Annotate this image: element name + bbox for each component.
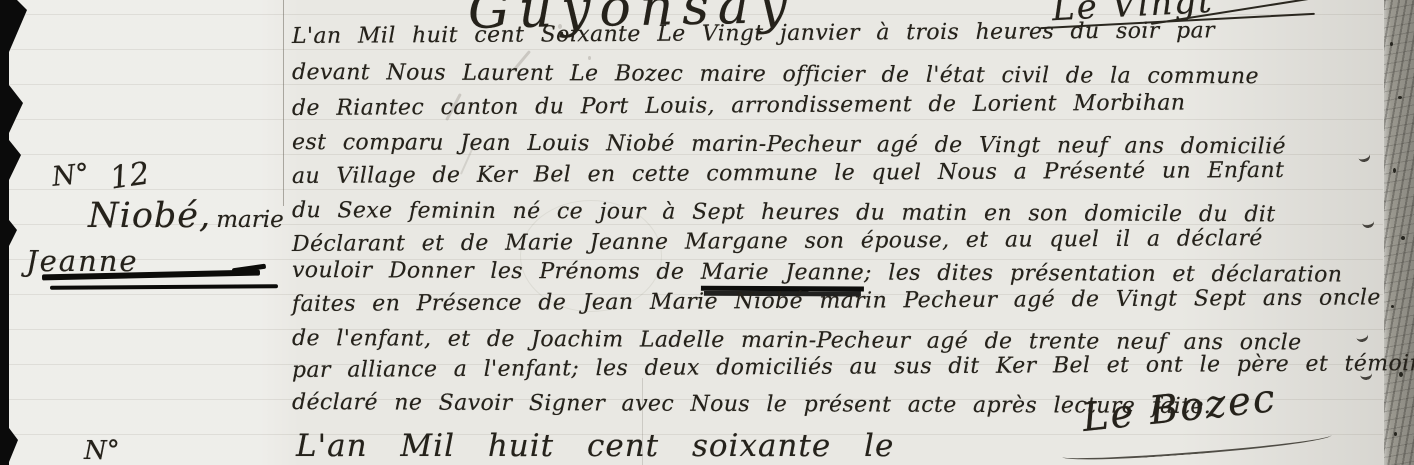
body-line8-prefix: vouloir Donner les Prénoms de [292,258,701,285]
next-act-number-label: N° [84,436,120,465]
act-body-line: faites en Présence de Jean Marie Niobé m… [292,285,1381,317]
next-act-opening-line: L'an Mil huit cent soixante le [296,428,894,464]
binding-speck [1393,168,1396,173]
cut-stroke-fragment [1356,148,1371,163]
binding-speck [1398,96,1402,99]
act-body-line: au Village de Ker Bel en cette commune l… [292,158,1284,189]
act-body-line: de l'enfant, et de Joachim Ladelle marin… [292,326,1302,355]
margin-name-line1: Niobé, marie [88,196,284,236]
binding-speck [1401,236,1405,240]
scanned-register-page: Guyonsay Le Vingt N° 12 Niobé, marie Jea… [0,0,1414,465]
margin-surname: Niobé, [88,196,211,236]
binding-speck [1391,305,1394,308]
act-number-value: 12 [108,155,152,196]
scan-edge-notch [9,220,17,246]
scan-edge-notch [9,85,23,133]
margin-underline [50,284,278,290]
cut-stroke-fragment [1361,215,1375,229]
margin-rule-line [283,0,284,206]
binding-speck [1390,42,1393,46]
ink-speck [588,56,591,60]
cut-stroke-fragment [1355,329,1370,344]
act-body-line: Déclarant et de Marie Jeanne Margane son… [292,226,1263,257]
binding-speck [1394,432,1397,436]
underlined-child-name: Marie Jeanne [701,260,864,292]
scan-edge-notch [9,0,27,52]
body-line8-suffix: ; les dites présentation et déclaration [864,260,1342,287]
act-number-label: N° [50,158,90,193]
act-body-line: déclaré ne Savoir Signer avec Nous le pr… [292,390,1211,419]
act-body-line: L'an Mil huit cent Soixante Le Vingt jan… [292,18,1215,49]
book-binding-edge [1383,0,1414,465]
act-body-line: de Riantec canton du Port Louis, arrondi… [292,91,1186,121]
mayor-signature: Le Bozec [1080,376,1279,441]
scan-edge-notch [9,140,21,180]
margin-given-name: marie [216,207,283,233]
act-body-line: est comparu Jean Louis Niobé marin-Peche… [292,130,1286,159]
act-body-line: devant Nous Laurent Le Bozec maire offic… [292,60,1259,89]
scan-edge-left [0,0,9,465]
act-body-line: vouloir Donner les Prénoms de Marie Jean… [292,258,1343,288]
act-body-line: du Sexe feminin né ce jour à Sept heures… [292,198,1276,227]
scan-edge-notch [9,428,18,462]
